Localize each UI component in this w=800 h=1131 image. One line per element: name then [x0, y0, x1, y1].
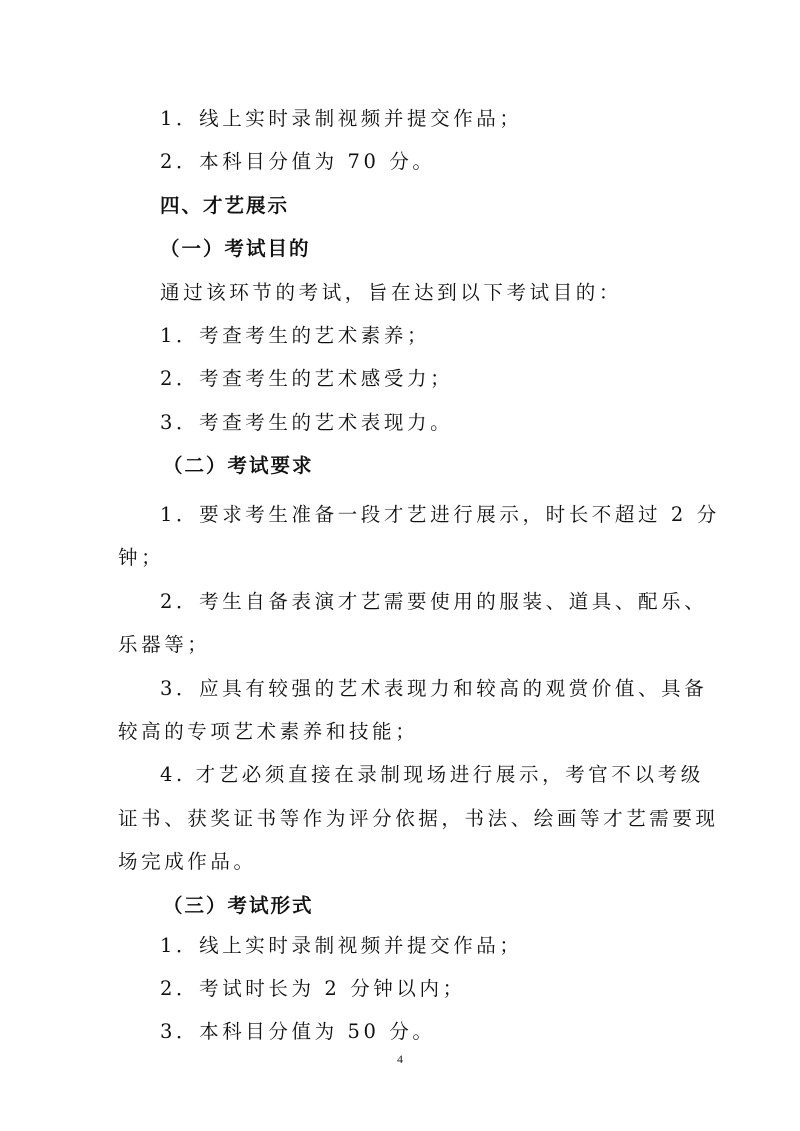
paragraph: 通过该环节的考试，旨在达到以下考试目的： [160, 281, 622, 305]
document-page: 1．线上实时录制视频并提交作品； 2．本科目分值为 70 分。 四、才艺展示 （… [0, 0, 800, 1131]
list-item-continued: 较高的专项艺术素养和技能； [118, 720, 418, 744]
section-heading: 四、才艺展示 [160, 194, 289, 218]
list-item-continued: 证书、获奖证书等作为评分依据，书法、绘画等才艺需要现 [118, 807, 719, 831]
list-item: 1．要求考生准备一段才艺进行展示，时长不超过 2 分 [160, 503, 720, 527]
list-item: 1．线上实时录制视频并提交作品； [160, 107, 523, 131]
subsection-heading: （二）考试要求 [163, 454, 314, 478]
list-item: 3．应具有较强的艺术表现力和较高的观赏价值、具备 [160, 677, 707, 701]
subsection-heading: （一）考试目的 [160, 237, 311, 261]
list-item-continued: 乐器等； [118, 633, 210, 657]
list-item: 1．考查考生的艺术素养； [160, 324, 430, 348]
list-item: 2．考生自备表演才艺需要使用的服装、道具、配乐、 [160, 590, 707, 614]
page-number: 4 [0, 1052, 800, 1067]
list-item: 2．考查考生的艺术感受力； [160, 367, 453, 391]
list-item: 2．本科目分值为 70 分。 [160, 150, 436, 174]
list-item: 3．本科目分值为 50 分。 [160, 1020, 436, 1044]
list-item: 4. 才艺必须直接在录制现场进行展示，考官不以考级 [160, 763, 704, 787]
list-item: 2．考试时长为 2 分钟以内； [160, 977, 466, 1001]
list-item-continued: 钟； [118, 546, 164, 570]
subsection-heading: （三）考试形式 [163, 894, 314, 918]
list-item: 1．线上实时录制视频并提交作品； [160, 934, 523, 958]
list-item-continued: 场完成作品。 [118, 850, 257, 874]
list-item: 3．考查考生的艺术表现力。 [160, 411, 453, 435]
